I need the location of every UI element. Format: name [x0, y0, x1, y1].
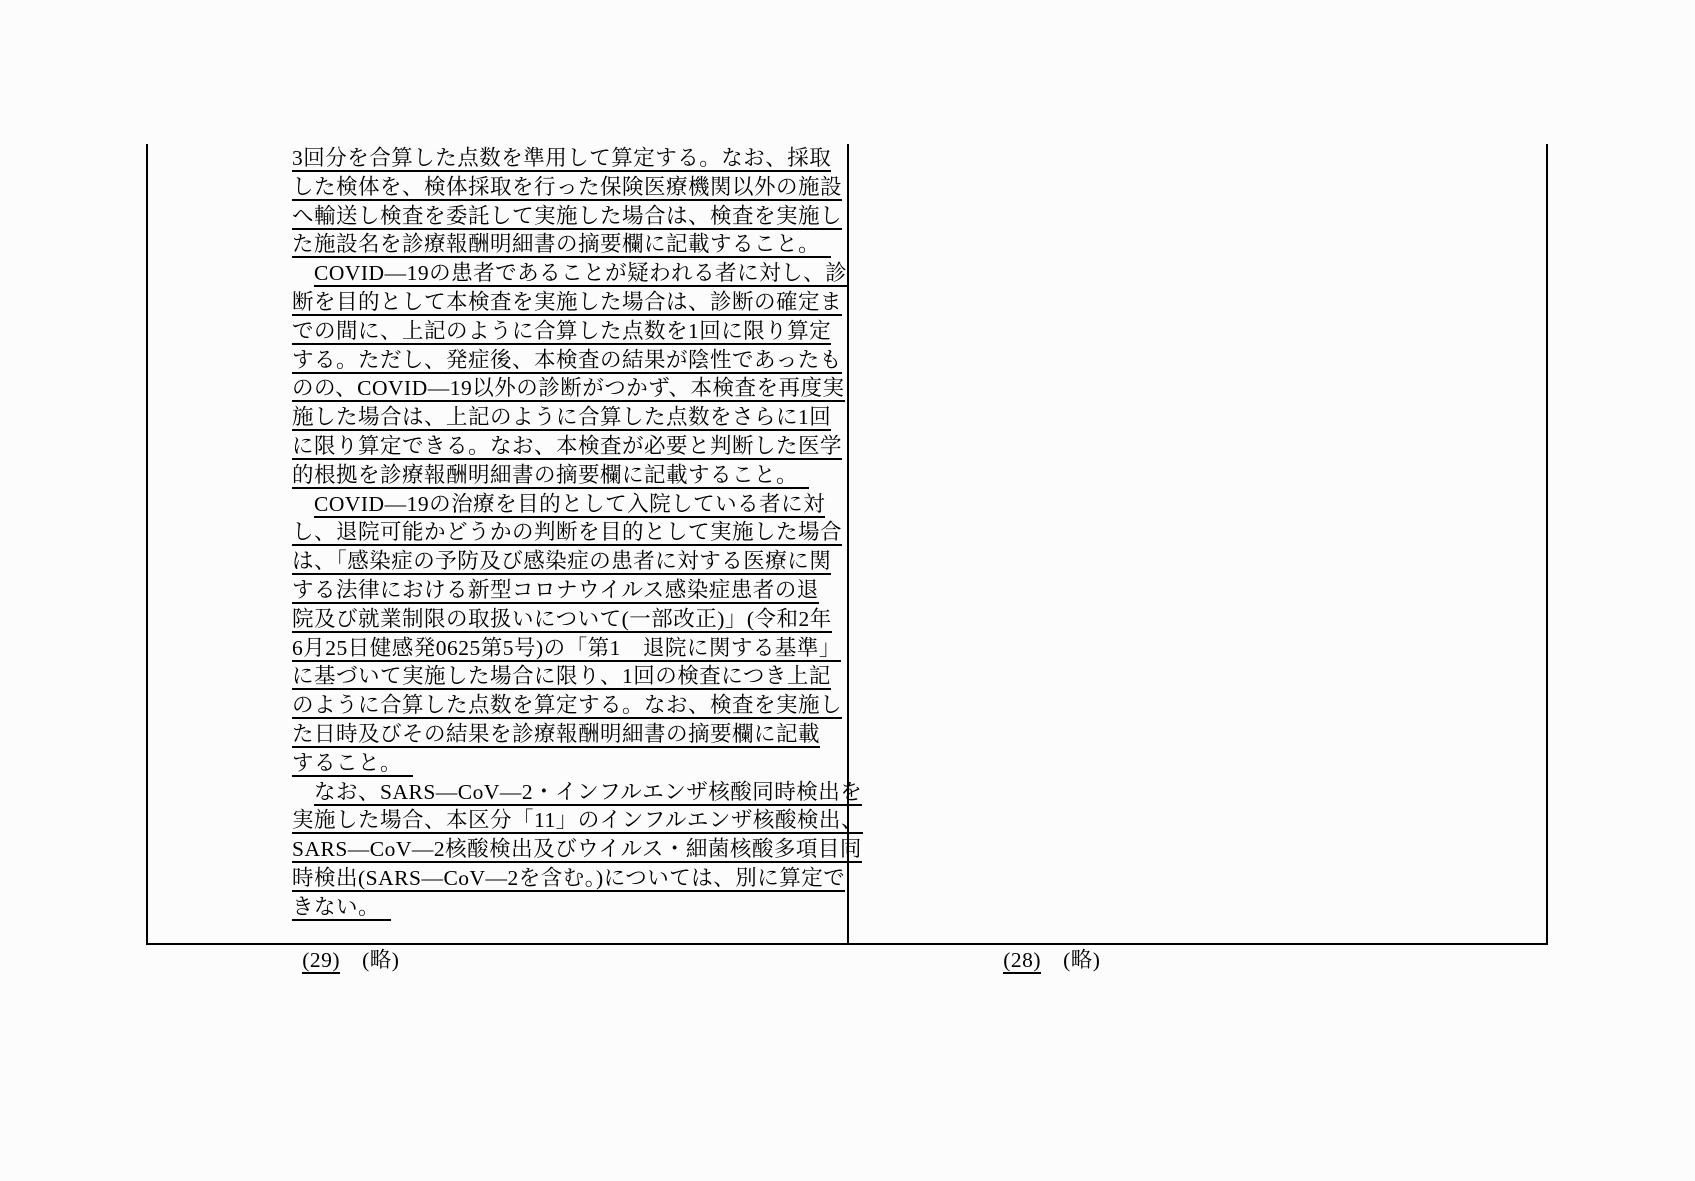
underlined-revision-text: 時検出(SARS―CoV―2を含む。)については、別に算定で — [292, 866, 845, 892]
text-line: 3回分を合算した点数を準用して算定する。なお、採取 — [292, 146, 847, 175]
text-line: へ輸送し検査を委託して実施した場合は、検査を実施し — [292, 204, 847, 233]
text-line: 施した場合は、上記のように合算した点数をさらに1回 — [292, 405, 847, 434]
text-line: すること。 — [292, 751, 847, 780]
text-line: た日時及びその結果を診療報酬明細書の摘要欄に記載 — [292, 722, 847, 751]
underlined-revision-text: 3回分を合算した点数を準用して算定する。なお、採取 — [292, 146, 831, 172]
item-29-note: (略) — [362, 948, 399, 972]
underlined-revision-text: た施設名を診療報酬明細書の摘要欄に記載すること。 — [292, 232, 831, 258]
underlined-revision-text: した検体を、検体採取を行った保険医療機関以外の施設 — [292, 175, 842, 201]
underlined-revision-text: COVID―19の患者であることが疑われる者に対し、診 — [314, 261, 847, 287]
underlined-revision-text: た日時及びその結果を診療報酬明細書の摘要欄に記載 — [292, 722, 820, 748]
text-line: なお、SARS―CoV―2・インフルエンザ核酸同時検出を — [292, 780, 847, 809]
text-line: に基づいて実施した場合に限り、1回の検査につき上記 — [292, 664, 847, 693]
underlined-revision-text: に限り算定できる。なお、本検査が必要と判断した医学 — [292, 434, 842, 460]
underlined-revision-text: し、退院可能かどうかの判断を目的として実施した場合 — [292, 520, 842, 546]
text-line: 的根拠を診療報酬明細書の摘要欄に記載すること。 — [292, 463, 847, 492]
text-line: SARS―CoV―2核酸検出及びウイルス・細菌核酸多項目同 — [292, 837, 847, 866]
underlined-revision-text: する法律における新型コロナウイルス感染症患者の退 — [292, 578, 819, 604]
item-28-note: (略) — [1063, 948, 1100, 972]
text-line: 断を目的として本検査を実施した場合は、診断の確定ま — [292, 290, 847, 319]
underlined-revision-text: 実施した場合、本区分「11」のインフルエンザ核酸検出、 — [292, 808, 863, 834]
underlined-revision-text: SARS―CoV―2核酸検出及びウイルス・細菌核酸多項目同 — [292, 837, 862, 863]
underlined-revision-text: に基づいて実施した場合に限り、1回の検査につき上記 — [292, 664, 831, 690]
column-previous: (28)(略) — [849, 144, 1546, 943]
text-line: 院及び就業制限の取扱いについて(一部改正)」(令和2年 — [292, 607, 847, 636]
underlined-revision-text: 的根拠を診療報酬明細書の摘要欄に記載すること。 — [292, 463, 809, 489]
underlined-revision-text: のように合算した点数を算定する。なお、検査を実施し — [292, 693, 842, 719]
underlined-revision-text: する。ただし、発症後、本検査の結果が陰性であったも — [292, 348, 842, 374]
underlined-revision-text: は、「感染症の予防及び感染症の患者に対する医療に関 — [292, 549, 831, 575]
text-line: に限り算定できる。なお、本検査が必要と判断した医学 — [292, 434, 847, 463]
text-line: した検体を、検体採取を行った保険医療機関以外の施設 — [292, 175, 847, 204]
underlined-revision-text: へ輸送し検査を委託して実施した場合は、検査を実施し — [292, 204, 842, 230]
text-line: COVID―19の治療を目的として入院している者に対 — [292, 492, 847, 521]
revision-comparison-table: 3回分を合算した点数を準用して算定する。なお、採取した検体を、検体採取を行った保… — [146, 144, 1548, 945]
text-line: 時検出(SARS―CoV―2を含む。)については、別に算定で — [292, 866, 847, 895]
underlined-revision-text: なお、SARS―CoV―2・インフルエンザ核酸同時検出を — [314, 780, 862, 806]
text-line: のの、COVID―19以外の診断がつかず、本検査を再度実 — [292, 376, 847, 405]
underlined-revision-text: のの、COVID―19以外の診断がつかず、本検査を再度実 — [292, 376, 845, 402]
text-line: 実施した場合、本区分「11」のインフルエンザ核酸検出、 — [292, 808, 847, 837]
item-29-line: (29)(略) — [148, 924, 847, 953]
left-column-text: 3回分を合算した点数を準用して算定する。なお、採取した検体を、検体採取を行った保… — [148, 144, 847, 924]
item-28-line: (28)(略) — [849, 924, 1100, 953]
underlined-revision-text: すること。 — [292, 751, 413, 777]
underlined-revision-text: 6月25日健感発0625第5号)の「第1 退院に関する基準」 — [292, 636, 841, 662]
underlined-revision-text: 院及び就業制限の取扱いについて(一部改正)」(令和2年 — [292, 607, 832, 633]
underlined-revision-text: 断を目的として本検査を実施した場合は、診断の確定ま — [292, 290, 842, 316]
underlined-revision-text: きない。 — [292, 895, 391, 921]
text-line: する法律における新型コロナウイルス感染症患者の退 — [292, 578, 847, 607]
text-line: COVID―19の患者であることが疑われる者に対し、診 — [292, 261, 847, 290]
text-line: での間に、上記のように合算した点数を1回に限り算定 — [292, 319, 847, 348]
text-line: 6月25日健感発0625第5号)の「第1 退院に関する基準」 — [292, 636, 847, 665]
text-line: のように合算した点数を算定する。なお、検査を実施し — [292, 693, 847, 722]
underlined-revision-text: 施した場合は、上記のように合算した点数をさらに1回 — [292, 405, 831, 431]
column-revised: 3回分を合算した点数を準用して算定する。なお、採取した検体を、検体採取を行った保… — [148, 144, 849, 943]
text-line: し、退院可能かどうかの判断を目的として実施した場合 — [292, 520, 847, 549]
text-line: する。ただし、発症後、本検査の結果が陰性であったも — [292, 348, 847, 377]
item-29-marker: (29) — [302, 948, 340, 974]
underlined-revision-text: COVID―19の治療を目的として入院している者に対 — [314, 492, 825, 518]
item-28-marker: (28) — [1003, 948, 1041, 974]
text-line: た施設名を診療報酬明細書の摘要欄に記載すること。 — [292, 232, 847, 261]
text-line: は、「感染症の予防及び感染症の患者に対する医療に関 — [292, 549, 847, 578]
text-line: きない。 — [292, 895, 847, 924]
underlined-revision-text: での間に、上記のように合算した点数を1回に限り算定 — [292, 319, 831, 345]
